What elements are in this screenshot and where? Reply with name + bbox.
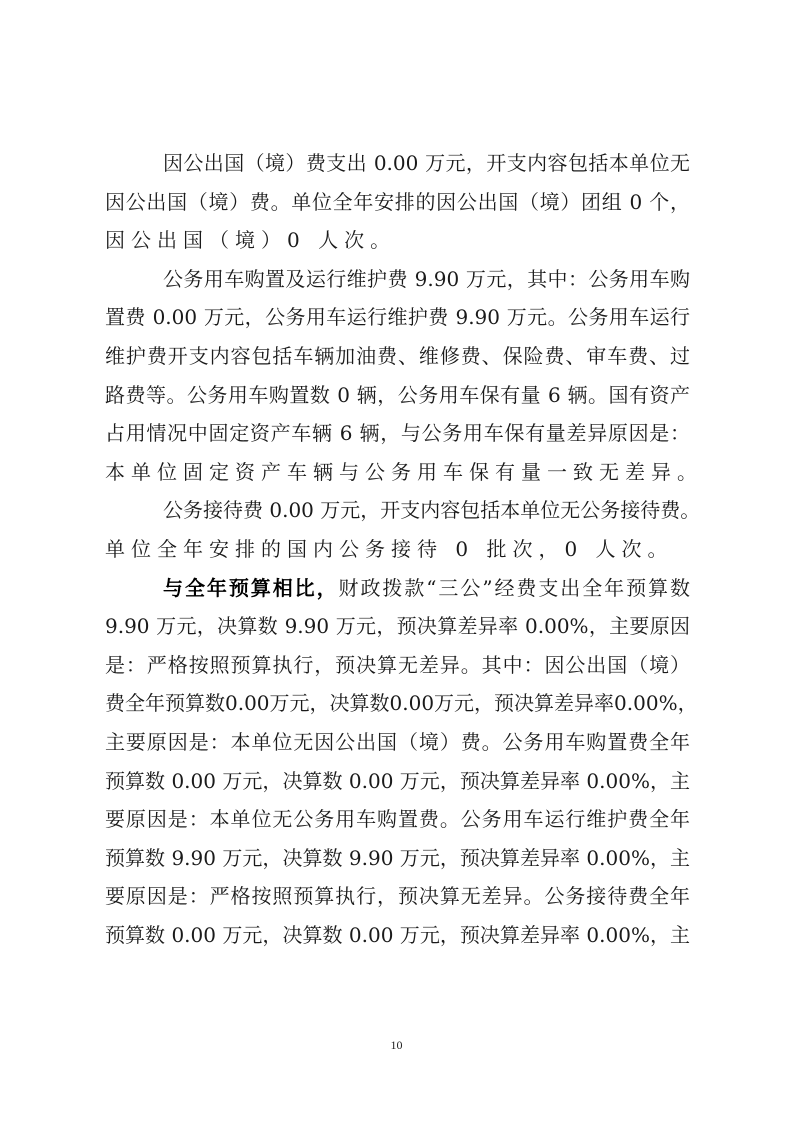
document-page: 因公出国（境）费支出 0.00 万元，开支内容包括本单位无 因公出国（境）费。单… — [105, 144, 690, 954]
bold-lead-in: 与全年预算相比， — [163, 576, 339, 600]
text-line: 公务用车购置及运行维护费 9.90 万元，其中：公务用车购 — [105, 260, 690, 299]
paragraph-budget-comparison: 与全年预算相比，财政拨款“三公”经费支出全年预算数 9.90 万元，决算数 9.… — [105, 569, 690, 955]
text-line: 因公出国（境）0 人次。 — [105, 221, 690, 260]
text-line: 预算数 0.00 万元，决算数 0.00 万元，预决算差异率 0.00%，主 — [105, 762, 690, 801]
text-line: 占用情况中固定资产车辆 6 辆，与公务用车保有量差异原因是： — [105, 414, 690, 453]
page-number: 10 — [0, 1038, 793, 1053]
text-line-first: 与全年预算相比，财政拨款“三公”经费支出全年预算数 — [105, 569, 690, 608]
text-line: 要原因是：本单位无公务用车购置费。公务用车运行维护费全年 — [105, 800, 690, 839]
text-line: 费全年预算数0.00万元，决算数0.00万元，预决算差异率0.00%， — [105, 684, 690, 723]
paragraph-official-reception: 公务接待费 0.00 万元，开支内容包括本单位无公务接待费。 单位全年安排的国内… — [105, 491, 690, 568]
text-line: 主要原因是：本单位无因公出国（境）费。公务用车购置费全年 — [105, 723, 690, 762]
text-line: 本单位固定资产车辆与公务用车保有量一致无差异。 — [105, 453, 690, 492]
text-line: 因公出国（境）费支出 0.00 万元，开支内容包括本单位无 — [105, 144, 690, 183]
text-line: 预算数 0.00 万元，决算数 0.00 万元，预决算差异率 0.00%，主 — [105, 916, 690, 955]
text-line: 路费等。公务用车购置数 0 辆，公务用车保有量 6 辆。国有资产 — [105, 376, 690, 415]
text-line: 要原因是：严格按照预算执行，预决算无差异。公务接待费全年 — [105, 877, 690, 916]
text-line: 是：严格按照预算执行，预决算无差异。其中：因公出国（境） — [105, 646, 690, 685]
text-segment: 财政拨款“三公”经费支出全年预算数 — [339, 576, 690, 600]
text-line: 置费 0.00 万元，公务用车运行维护费 9.90 万元。公务用车运行 — [105, 298, 690, 337]
paragraph-overseas-travel: 因公出国（境）费支出 0.00 万元，开支内容包括本单位无 因公出国（境）费。单… — [105, 144, 690, 260]
text-line: 公务接待费 0.00 万元，开支内容包括本单位无公务接待费。 — [105, 491, 690, 530]
text-line: 维护费开支内容包括车辆加油费、维修费、保险费、审车费、过 — [105, 337, 690, 376]
text-line: 预算数 9.90 万元，决算数 9.90 万元，预决算差异率 0.00%，主 — [105, 839, 690, 878]
text-line: 单位全年安排的国内公务接待 0 批次，0 人次。 — [105, 530, 690, 569]
text-line: 因公出国（境）费。单位全年安排的因公出国（境）团组 0 个， — [105, 183, 690, 222]
text-line: 9.90 万元，决算数 9.90 万元，预决算差异率 0.00%，主要原因 — [105, 607, 690, 646]
paragraph-official-vehicles: 公务用车购置及运行维护费 9.90 万元，其中：公务用车购 置费 0.00 万元… — [105, 260, 690, 492]
